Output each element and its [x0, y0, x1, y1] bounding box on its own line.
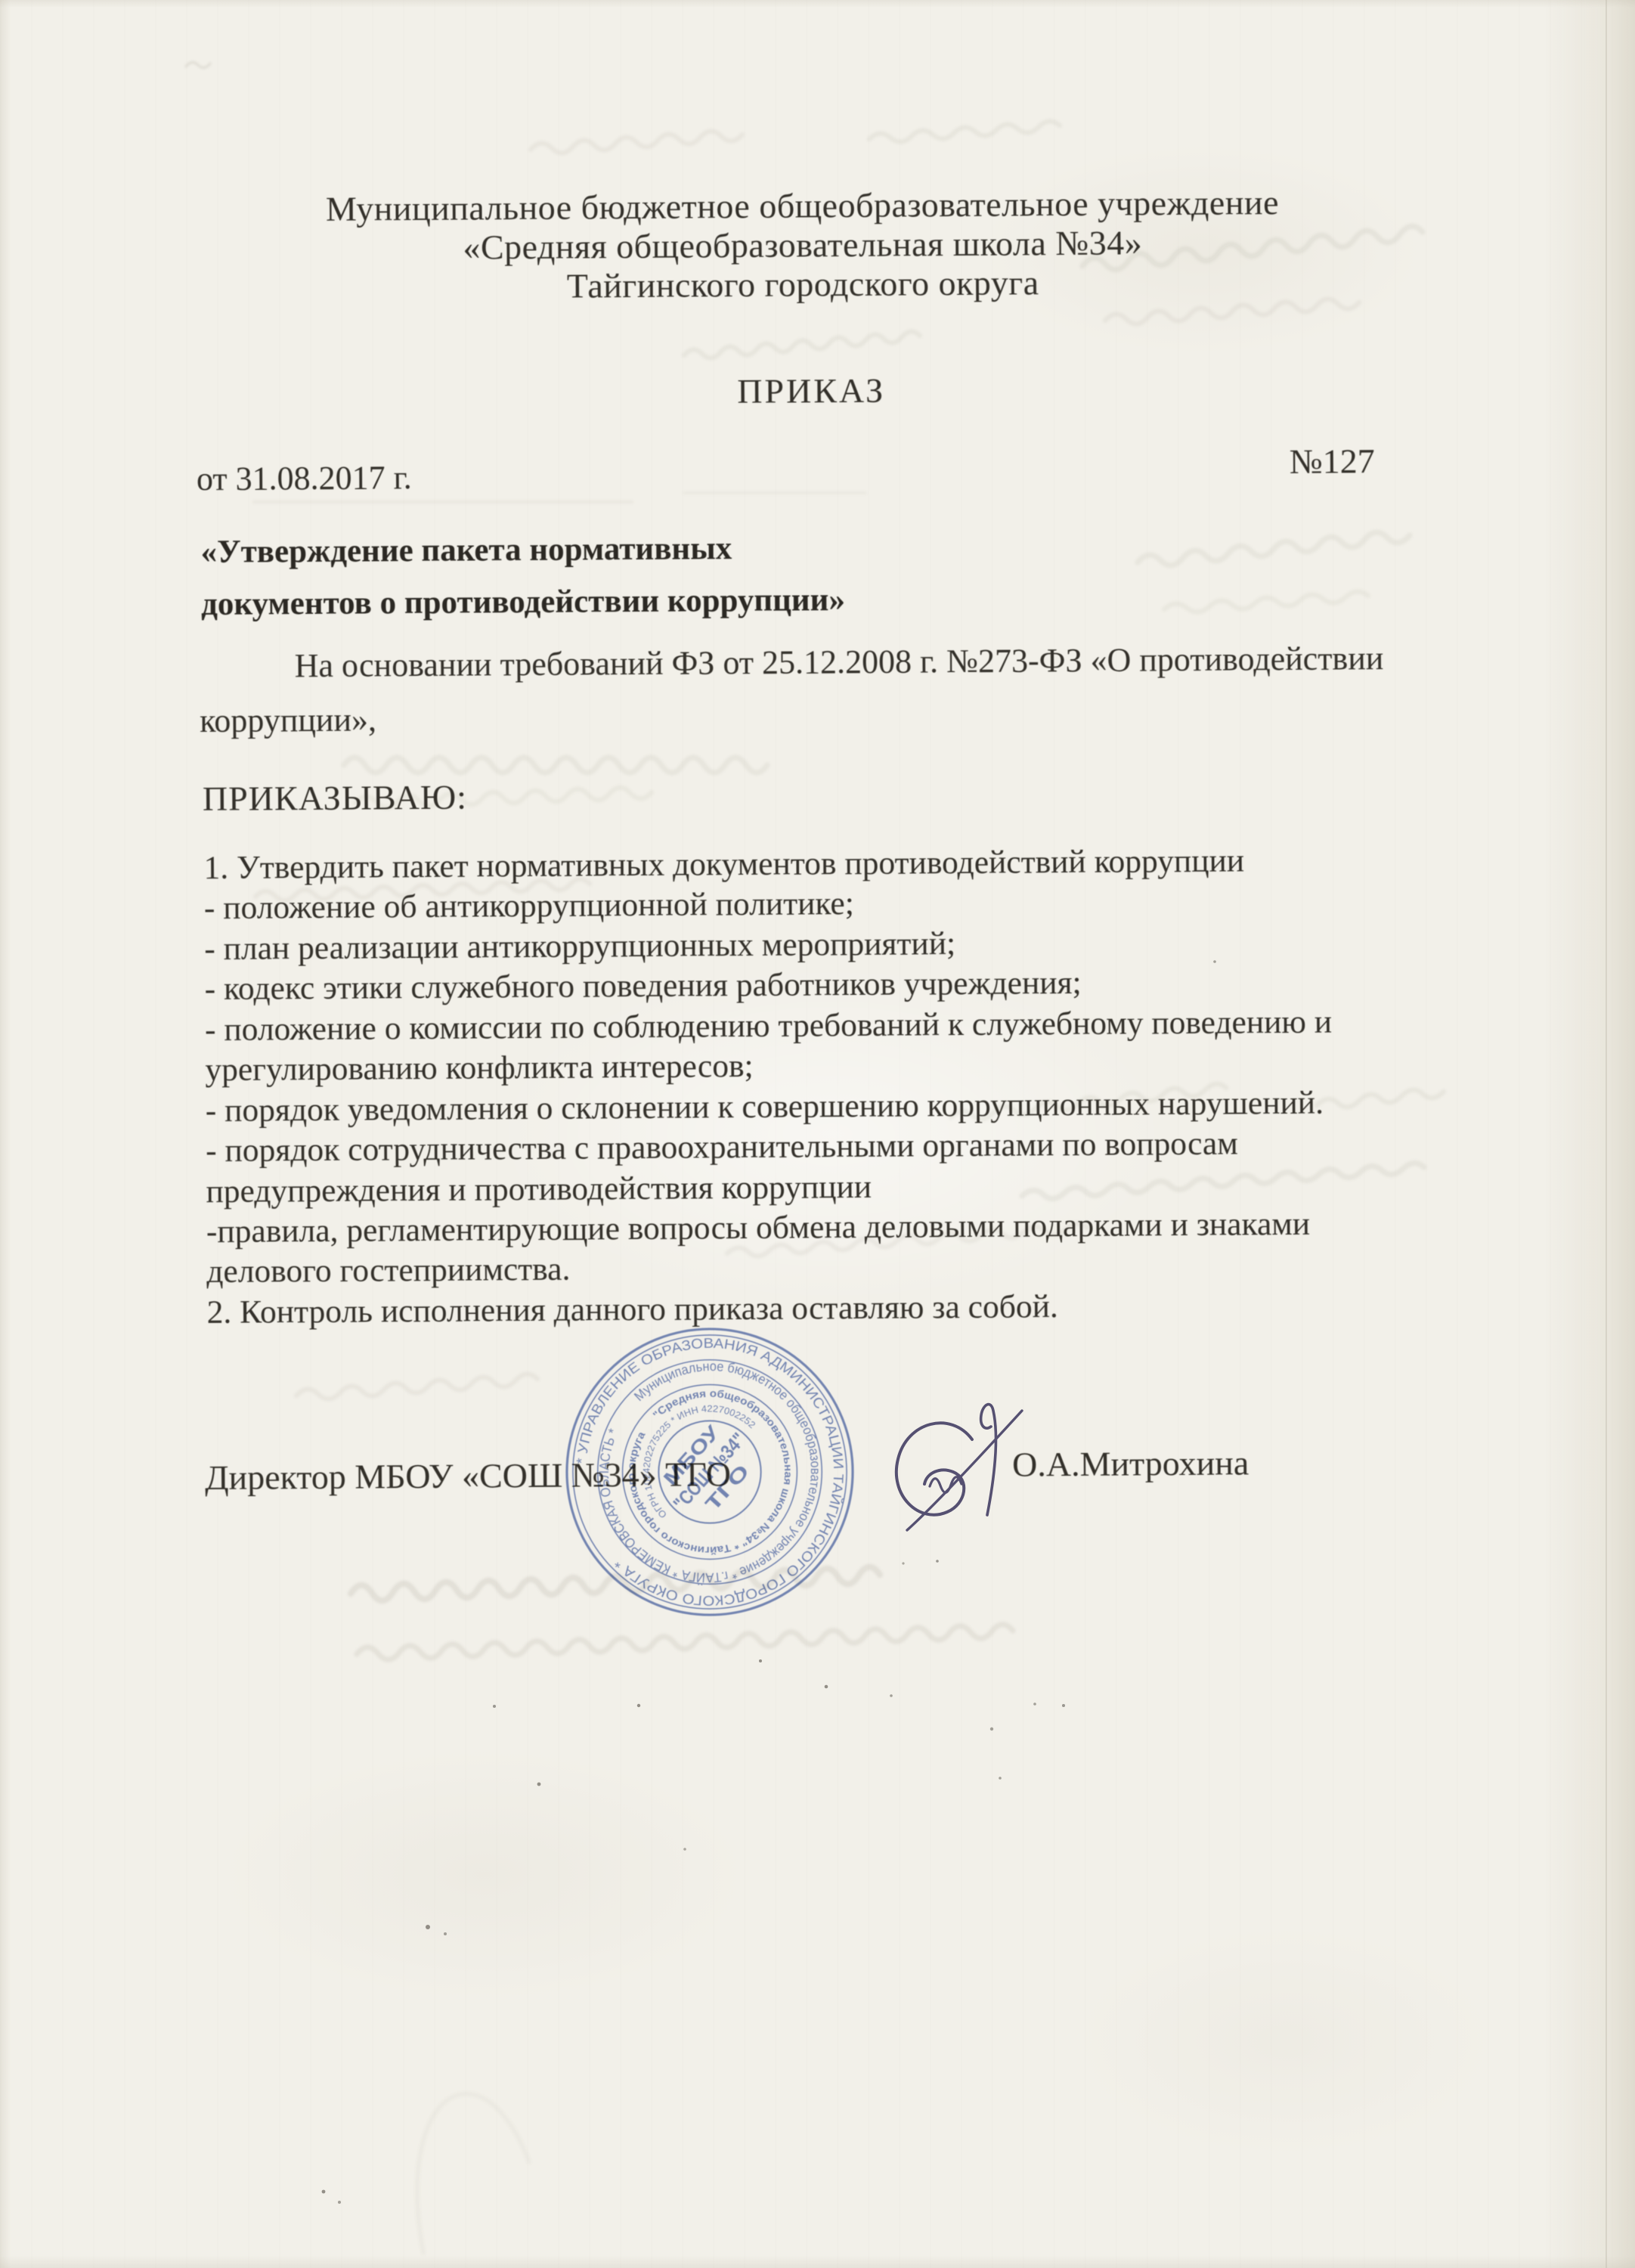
scanned-order-document: Муниципальное бюджетное общеобразователь…: [0, 0, 1635, 2268]
order-subject: «Утверждение пакета нормативных документ…: [200, 522, 845, 631]
order-text-line: - порядок сотрудничества с правоохраните…: [206, 1123, 1333, 1172]
order-text-line: 1. Утвердить пакет нормативных документо…: [203, 841, 1330, 889]
order-number: №127: [1290, 444, 1375, 479]
order-subject-line-2: документов о противодействии коррупции»: [201, 574, 845, 631]
seal-center-text: МБОУ "СОШ №34" ТГО: [652, 1413, 767, 1531]
preamble-line-1: На основании требований ФЗ от 25.12.2008…: [295, 642, 1384, 683]
signer-name: О.А.Митрохина: [1012, 1445, 1249, 1482]
preamble-line-2: коррупции»,: [200, 703, 376, 738]
order-subject-line-1: «Утверждение пакета нормативных: [200, 522, 844, 578]
order-text-line: -правила, регламентирующие вопросы обмен…: [206, 1204, 1333, 1253]
document-type-title: ПРИКАЗ: [0, 368, 1627, 414]
order-text-line: - положение о комиссии по соблюдению тре…: [205, 1002, 1332, 1050]
organization-header: Муниципальное бюджетное общеобразователь…: [0, 181, 1612, 310]
document-text-layer: Муниципальное бюджетное общеобразователь…: [0, 0, 1635, 2268]
order-body: 1. Утвердить пакет нормативных документо…: [203, 841, 1334, 1334]
resolution-word: ПРИКАЗЫВАЮ:: [203, 780, 467, 816]
signature-strokes: [896, 1405, 1022, 1530]
signature: [862, 1388, 1036, 1535]
order-date: от 31.08.2017 г.: [197, 461, 412, 496]
official-seal: * УПРАВЛЕНИЕ ОБРАЗОВАНИЯ АДМИНИСТРАЦИИ Т…: [559, 1321, 860, 1622]
